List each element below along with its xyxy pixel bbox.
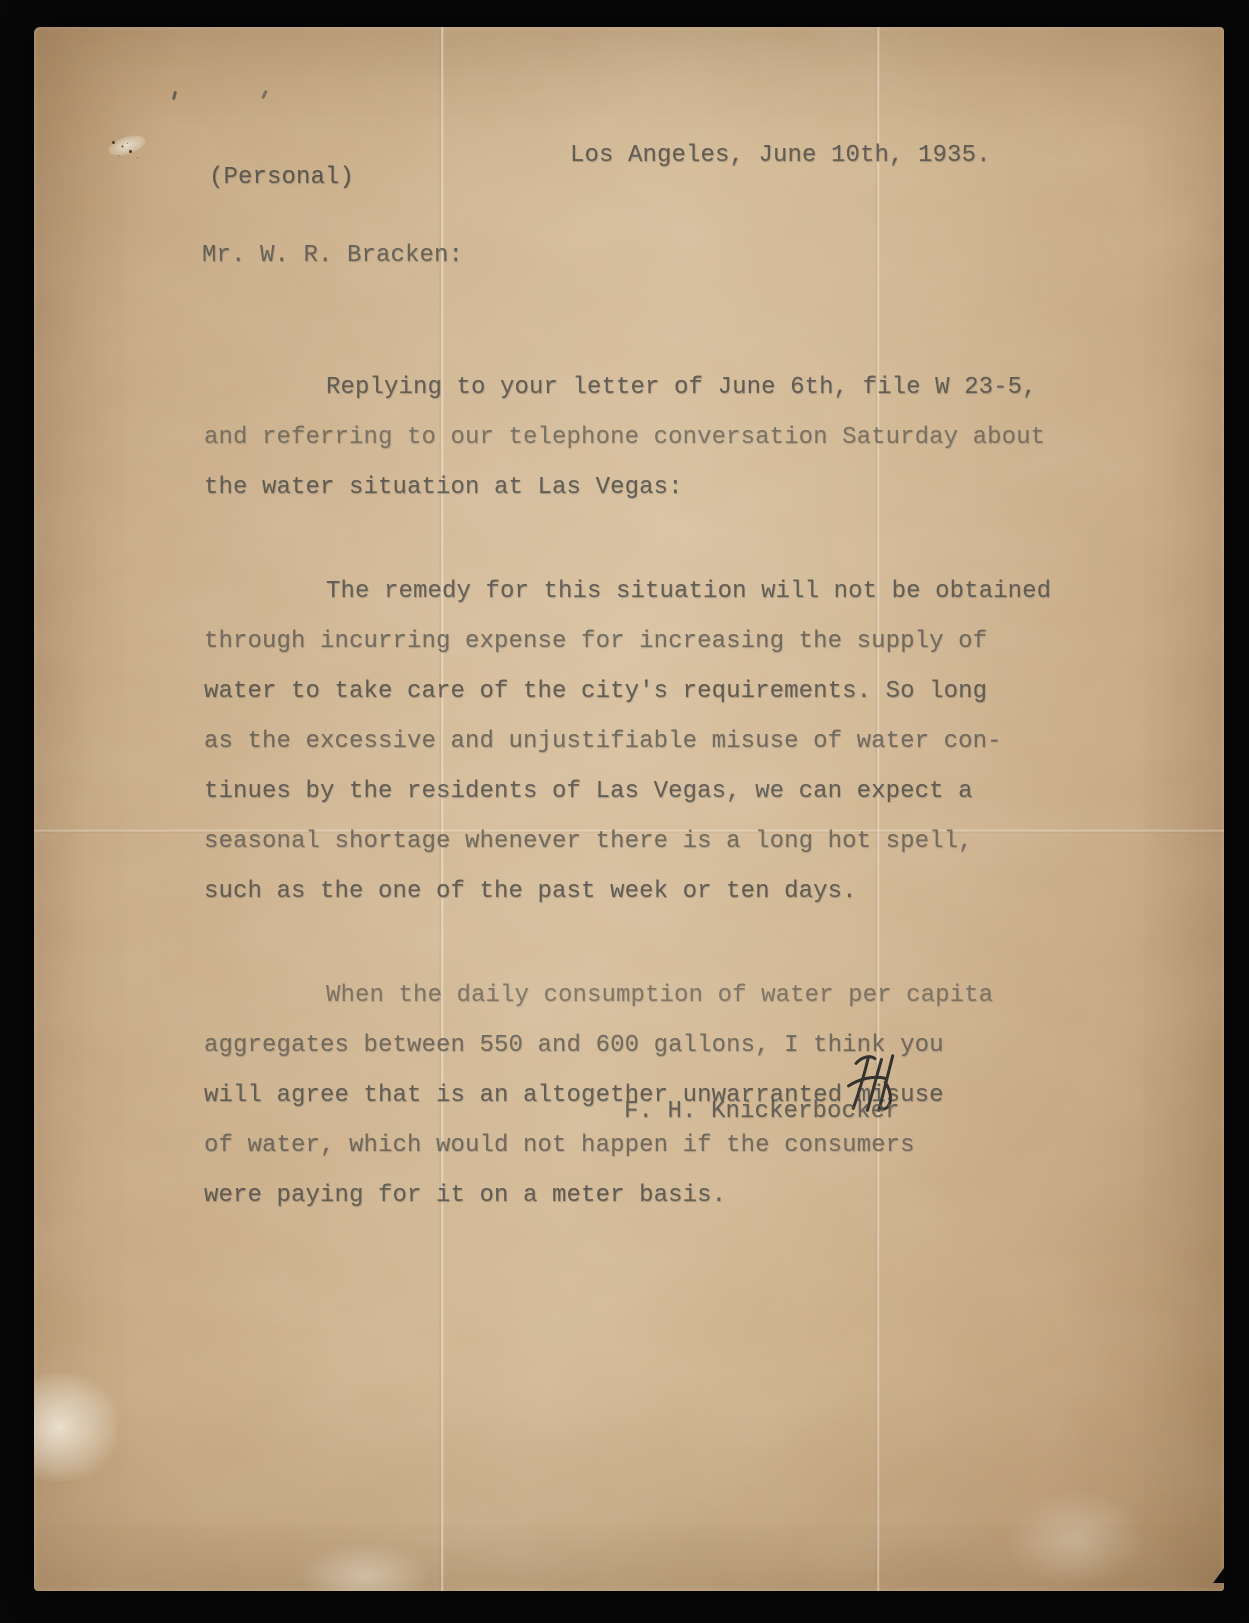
- typed-line: aggregates between 550 and 600 gallons, …: [204, 1021, 1051, 1071]
- ink-tick-mark: [261, 90, 268, 99]
- smudge-bottom-right: [1006, 1489, 1146, 1589]
- typed-line: such as the one of the past week or ten …: [204, 867, 1051, 917]
- typed-line: and referring to our telephone conversat…: [204, 413, 1051, 463]
- salutation: Mr. W. R. Bracken:: [202, 241, 463, 271]
- paragraph-2: The remedy for this situation will not b…: [204, 567, 1051, 917]
- dateline: Los Angeles, June 10th, 1935.: [570, 141, 991, 171]
- typed-line: tinues by the residents of Las Vegas, we…: [204, 767, 1051, 817]
- paragraph-3: When the daily consumption of water per …: [204, 971, 1051, 1221]
- letter-page: Los Angeles, June 10th, 1935. (Personal)…: [34, 27, 1224, 1591]
- photo-backdrop: { "letter": { "dateline": "Los Angeles, …: [0, 0, 1249, 1623]
- dark-specks: [112, 141, 115, 144]
- typed-line: through incurring expense for increasing…: [204, 617, 1051, 667]
- typed-line: The remedy for this situation will not b…: [204, 567, 1051, 617]
- typed-line: were paying for it on a meter basis.: [204, 1171, 1051, 1221]
- paragraph-1: Replying to your letter of June 6th, fil…: [204, 363, 1051, 513]
- typed-line: of water, which would not happen if the …: [204, 1121, 1051, 1171]
- typed-line: When the daily consumption of water per …: [204, 971, 1051, 1021]
- typed-line: the water situation at Las Vegas:: [204, 463, 1051, 513]
- personal-note: (Personal): [209, 163, 354, 193]
- typed-line: as the excessive and unjustifiable misus…: [204, 717, 1051, 767]
- signature-name: F. H. Knickerbocker: [624, 1097, 900, 1127]
- stain-bottom-center: [300, 1543, 430, 1591]
- corner-chip: [1213, 1568, 1224, 1583]
- typed-line: seasonal shortage whenever there is a lo…: [204, 817, 1051, 867]
- paper-scratch-damage: [104, 129, 156, 167]
- stain-bottom-left: [34, 1373, 118, 1481]
- letter-body: Replying to your letter of June 6th, fil…: [204, 309, 1051, 1275]
- paper-gouge: [106, 132, 147, 160]
- typed-line: Replying to your letter of June 6th, fil…: [204, 363, 1051, 413]
- ink-tick-mark: [172, 91, 177, 100]
- typed-line: water to take care of the city's require…: [204, 667, 1051, 717]
